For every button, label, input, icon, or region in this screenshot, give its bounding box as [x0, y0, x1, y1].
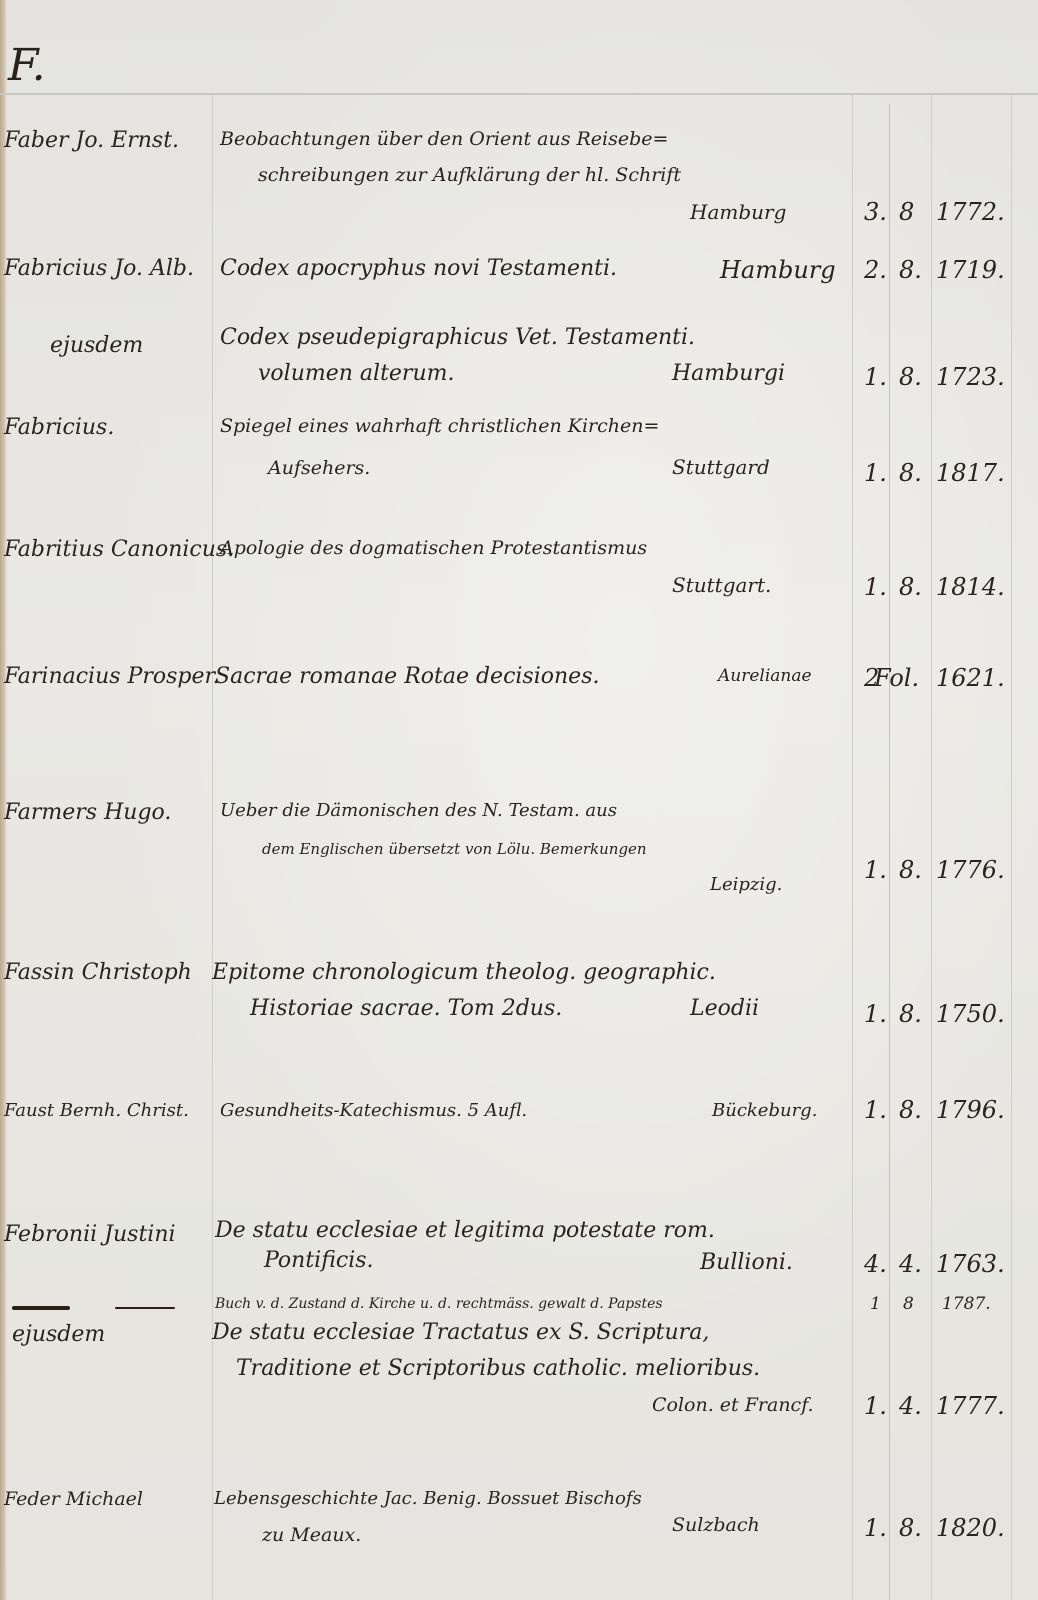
- entry-format: 8: [899, 198, 914, 226]
- entry-place: Stuttgard: [672, 455, 770, 479]
- entry-title-line: De statu ecclesiae Tractatus ex S. Scrip…: [212, 1320, 709, 1345]
- entry-year: 1817.: [936, 459, 1005, 487]
- entry-title-line: Ueber die Dämonischen des N. Testam. aus: [220, 800, 617, 821]
- entry-title-line: Apologie des dogmatischen Protestantismu…: [220, 537, 647, 559]
- entry-author: Fabritius Canonicus.: [4, 537, 234, 562]
- entry-volumes: 1.: [864, 363, 887, 391]
- letter-heading: F.: [8, 40, 46, 91]
- entry-format: 8.: [899, 1514, 922, 1542]
- entry-title-line: dem Englischen übersetzt von Lölu. Bemer…: [262, 840, 647, 858]
- entry-title-line: Gesundheits-Katechismus. 5 Aufl.: [220, 1100, 527, 1121]
- entry-title-line: Sacrae romanae Rotae decisiones.: [215, 664, 599, 689]
- entry-place: Hamburg: [720, 256, 836, 284]
- entry-place: Hamburg: [690, 200, 786, 224]
- entry-format: 8.: [899, 459, 922, 487]
- entry-format: 8.: [899, 856, 922, 884]
- entry-place: Bückeburg.: [712, 1100, 817, 1121]
- entry-title-line: Lebensgeschichte Jac. Benig. Bossuet Bis…: [214, 1488, 642, 1509]
- entry-format: 8.: [899, 363, 922, 391]
- entry-title-line: Buch v. d. Zustand d. Kirche u. d. recht…: [215, 1296, 663, 1312]
- entry-title-line: Traditione et Scriptoribus catholic. mel…: [236, 1356, 760, 1381]
- entry-title-line: Codex pseudepigraphicus Vet. Testamenti.: [220, 325, 695, 350]
- entry-year: 1787.: [942, 1294, 991, 1314]
- entry-year: 1814.: [936, 573, 1005, 601]
- entry-title-line: Beobachtungen über den Orient aus Reiseb…: [220, 128, 668, 150]
- entry-title-line: Spiegel eines wahrhaft christlichen Kirc…: [220, 415, 659, 437]
- entry-volumes: 1.: [864, 1000, 887, 1028]
- entry-volumes: 1.: [864, 573, 887, 601]
- entry-author: Febronii Justini: [4, 1222, 176, 1247]
- entry-author: Fassin Christoph: [4, 960, 192, 985]
- entry-format: 4.: [899, 1392, 922, 1420]
- entry-format: 8.: [899, 1096, 922, 1124]
- entry-title-line: Epitome chronologicum theolog. geographi…: [212, 960, 716, 985]
- entry-format: 4.: [899, 1250, 922, 1278]
- entry-place: Leipzig.: [710, 874, 782, 895]
- entry-title-line: volumen alterum.: [258, 361, 454, 386]
- entry-format: 8.: [899, 256, 922, 284]
- entry-author: Faber Jo. Ernst.: [4, 128, 179, 153]
- column-rule-volumes: [889, 104, 890, 1600]
- entry-title-line: Codex apocryphus novi Testamenti.: [220, 256, 617, 281]
- entry-year: 1772.: [936, 198, 1005, 226]
- entry-title-line: De statu ecclesiae et legitima potestate…: [215, 1218, 715, 1243]
- entry-volumes: 2.: [864, 256, 887, 284]
- entry-author: Farmers Hugo.: [4, 800, 171, 825]
- header-rule: [0, 93, 1038, 95]
- entry-title-line: Pontificis.: [264, 1248, 374, 1273]
- entry-place: Colon. et Francf.: [652, 1394, 814, 1416]
- entry-year: 1777.: [936, 1392, 1005, 1420]
- entry-place: Hamburgi: [672, 361, 785, 386]
- entry-place: Bullioni.: [700, 1250, 793, 1275]
- entry-volumes: 1.: [864, 1392, 887, 1420]
- column-rule-format: [931, 95, 932, 1600]
- entry-format: 8: [903, 1294, 914, 1314]
- entry-volumes: 1: [870, 1294, 881, 1314]
- column-rule-author: [212, 95, 213, 1600]
- entry-author: ejusdem: [12, 1322, 105, 1347]
- entry-format: 8.: [899, 1000, 922, 1028]
- entry-format: Fol.: [874, 664, 919, 692]
- entry-year: 1719.: [936, 256, 1005, 284]
- entry-year: 1723.: [936, 363, 1005, 391]
- entry-volumes: 4.: [864, 1250, 887, 1278]
- entry-author: Faust Bernh. Christ.: [4, 1100, 189, 1121]
- entry-volumes: 1.: [864, 856, 887, 884]
- ledger-page: F. Faber Jo. Ernst. Beobachtungen über d…: [0, 0, 1038, 1600]
- entry-place: Aurelianae: [718, 666, 812, 686]
- entry-volumes: 3.: [864, 198, 887, 226]
- entry-year: 1621.: [936, 664, 1005, 692]
- entry-author: Farinacius Prosper.: [4, 664, 220, 689]
- entry-year: 1820.: [936, 1514, 1005, 1542]
- entry-author: ejusdem: [50, 333, 143, 358]
- entry-author: Fabricius.: [4, 415, 114, 440]
- entry-place: Sulzbach: [672, 1514, 760, 1536]
- entry-place: Stuttgart.: [672, 573, 771, 597]
- entry-year: 1763.: [936, 1250, 1005, 1278]
- entry-author: Feder Michael: [4, 1488, 143, 1510]
- entry-year: 1796.: [936, 1096, 1005, 1124]
- column-rule-year: [1011, 95, 1012, 1600]
- entry-title-line: Historiae sacrae. Tom 2dus.: [250, 996, 562, 1021]
- entry-year: 1750.: [936, 1000, 1005, 1028]
- entry-place: Leodii: [690, 996, 759, 1021]
- entry-volumes: 1.: [864, 459, 887, 487]
- entry-title-line: schreibungen zur Aufklärung der hl. Schr…: [258, 164, 681, 186]
- entry-title-line: zu Meaux.: [262, 1524, 361, 1546]
- entry-author: Fabricius Jo. Alb.: [4, 256, 194, 281]
- entry-volumes: 1.: [864, 1096, 887, 1124]
- entry-year: 1776.: [936, 856, 1005, 884]
- entry-title-line: Aufsehers.: [268, 457, 370, 479]
- ditto-dash: [12, 1306, 70, 1310]
- entry-volumes: 1.: [864, 1514, 887, 1542]
- ditto-dash: [115, 1307, 175, 1309]
- column-rule-title: [852, 95, 853, 1600]
- entry-format: 8.: [899, 573, 922, 601]
